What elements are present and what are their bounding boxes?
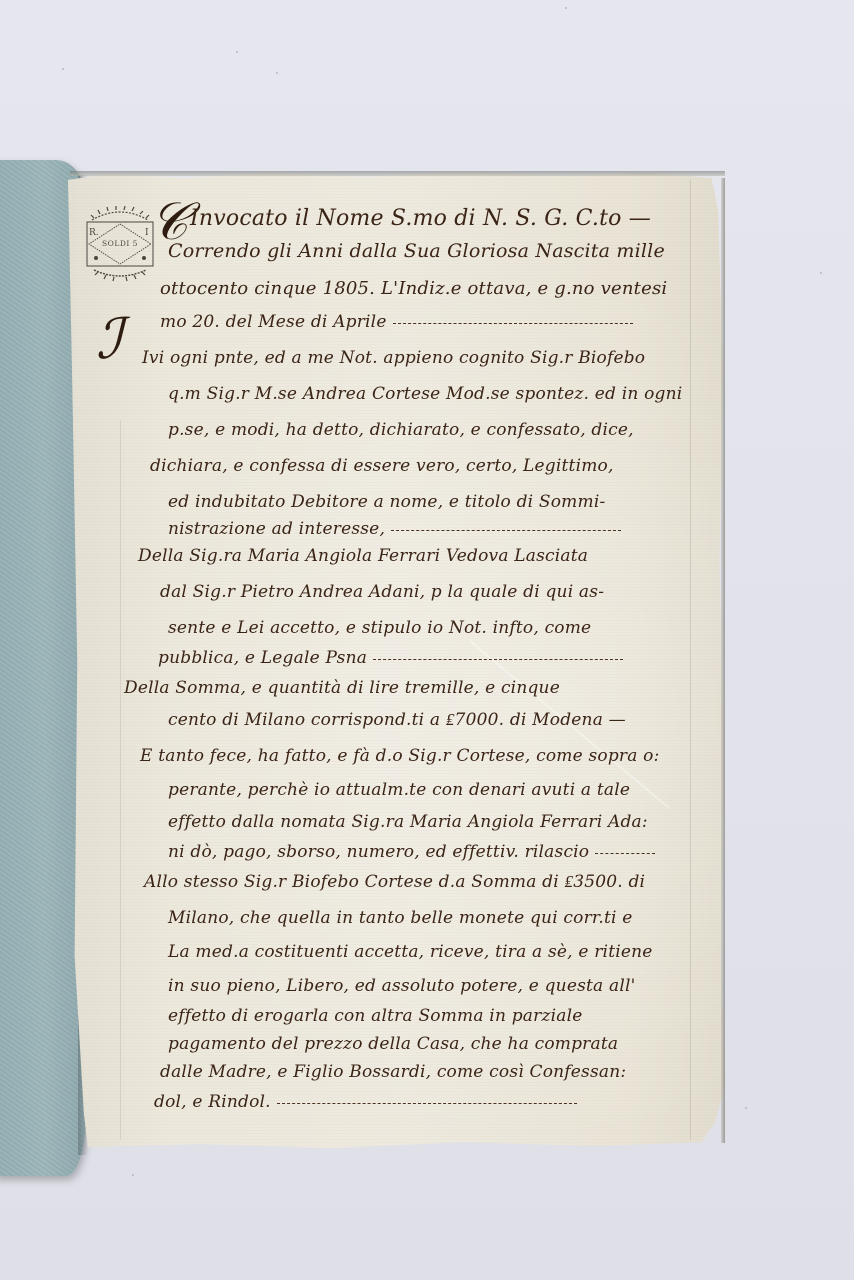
line-text: Della Somma, e quantità di lire tremille…	[124, 678, 560, 698]
sheet-top-edge	[70, 171, 725, 176]
text-line-6: q.m Sig.r M.se Andrea Cortese Mod.se spo…	[168, 386, 682, 403]
text-line-26: pagamento del prezzo della Casa, che ha …	[168, 1036, 618, 1053]
stamp-value: SOLDI 5	[84, 239, 156, 248]
line-text: ni dò, pago, sborso, numero, ed effettiv…	[168, 842, 589, 862]
line-text: dichiara, e confessa di essere vero, cer…	[150, 456, 614, 476]
line-text: dal Sig.r Pietro Andrea Adani, p la qual…	[160, 582, 604, 602]
text-line-20: ni dò, pago, sborso, numero, ed effettiv…	[168, 844, 655, 861]
line-text: ottocento cinque 1805. L'Indiz.e ottava,…	[160, 278, 667, 299]
line-filler-dash	[393, 322, 633, 324]
text-line-16: cento di Milano corrispond.ti a ₤7000. d…	[168, 712, 626, 729]
line-text: ed indubitato Debitore a nome, e titolo …	[168, 492, 605, 512]
line-text: E tanto fece, ha fatto, e fà d.o Sig.r C…	[140, 746, 660, 766]
line-text: pagamento del prezzo della Casa, che ha …	[168, 1034, 618, 1054]
text-line-11: Della Sig.ra Maria Angiola Ferrari Vedov…	[138, 548, 588, 565]
text-line-4: mo 20. del Mese di Aprile	[160, 314, 633, 331]
line-text: Allo stesso Sig.r Biofebo Cortese d.a So…	[144, 872, 645, 892]
line-text: Invocato il Nome S.mo di N. S. G. C.to —	[190, 206, 651, 231]
dust-speck	[276, 72, 278, 74]
dust-speck	[236, 51, 238, 53]
stamp-right-mark: I	[145, 228, 149, 238]
line-text: La med.a costituenti accetta, riceve, ti…	[168, 942, 653, 962]
line-text: nistrazione ad interesse,	[168, 519, 385, 539]
line-text: perante, perchè io attualm.te con denari…	[168, 780, 630, 800]
line-text: cento di Milano corrispond.ti a ₤7000. d…	[168, 710, 626, 730]
text-line-1: Invocato il Nome S.mo di N. S. G. C.to —	[190, 208, 651, 230]
line-text: dol, e Rindol.	[154, 1092, 271, 1112]
text-line-21: Allo stesso Sig.r Biofebo Cortese d.a So…	[144, 874, 645, 891]
text-line-10: nistrazione ad interesse,	[168, 521, 621, 538]
line-text: Della Sig.ra Maria Angiola Ferrari Vedov…	[138, 546, 588, 566]
line-text: q.m Sig.r M.se Andrea Cortese Mod.se spo…	[168, 384, 682, 404]
dust-speck	[132, 1174, 134, 1176]
text-line-7: p.se, e modi, ha detto, dichiarato, e co…	[168, 422, 634, 439]
text-line-8: dichiara, e confessa di essere vero, cer…	[150, 458, 614, 475]
text-line-2: Correndo gli Anni dalla Sua Gloriosa Nas…	[168, 242, 665, 261]
text-line-28: dol, e Rindol.	[154, 1094, 577, 1111]
line-text: in suo pieno, Libero, ed assoluto potere…	[168, 976, 635, 996]
text-line-23: La med.a costituenti accetta, riceve, ti…	[168, 944, 653, 961]
dust-speck	[565, 7, 567, 9]
line-filler-dash	[277, 1102, 577, 1104]
text-line-17: E tanto fece, ha fatto, e fà d.o Sig.r C…	[140, 748, 660, 765]
dust-speck	[745, 1107, 747, 1109]
dust-speck	[820, 272, 822, 274]
text-line-15: Della Somma, e quantità di lire tremille…	[124, 680, 560, 697]
line-text: sente e Lei accetto, e stipulo io Not. i…	[168, 618, 591, 638]
line-text: Correndo gli Anni dalla Sua Gloriosa Nas…	[168, 240, 665, 262]
text-line-12: dal Sig.r Pietro Andrea Adani, p la qual…	[160, 584, 604, 601]
line-text: mo 20. del Mese di Aprile	[160, 312, 387, 332]
sheet-right-edge	[721, 178, 725, 1143]
text-line-9: ed indubitato Debitore a nome, e titolo …	[168, 494, 605, 511]
text-line-14: pubblica, e Legale Psna	[158, 650, 623, 667]
decorative-initial-i: ℐ	[96, 312, 122, 368]
text-line-3: ottocento cinque 1805. L'Indiz.e ottava,…	[160, 280, 667, 298]
dust-speck	[62, 68, 64, 70]
margin-line	[120, 420, 121, 1140]
line-text: Ivi ogni pnte, ed a me Not. appieno cogn…	[142, 348, 645, 368]
line-text: effetto di erogarla con altra Somma in p…	[168, 1006, 582, 1026]
text-line-13: sente e Lei accetto, e stipulo io Not. i…	[168, 620, 591, 637]
text-line-25: effetto di erogarla con altra Somma in p…	[168, 1008, 582, 1025]
stamp-left-mark: R.	[89, 228, 99, 238]
text-line-24: in suo pieno, Libero, ed assoluto potere…	[168, 978, 635, 995]
text-line-19: effetto dalla nomata Sig.ra Maria Angiol…	[168, 814, 648, 831]
text-line-27: dalle Madre, e Figlio Bossardi, come cos…	[160, 1064, 626, 1081]
line-filler-dash	[595, 852, 655, 854]
line-text: pubblica, e Legale Psna	[158, 648, 367, 668]
line-text: p.se, e modi, ha detto, dichiarato, e co…	[168, 420, 634, 440]
text-line-22: Milano, che quella in tanto belle monete…	[168, 910, 633, 927]
text-line-18: perante, perchè io attualm.te con denari…	[168, 782, 630, 799]
line-text: Milano, che quella in tanto belle monete…	[168, 908, 633, 928]
line-text: effetto dalla nomata Sig.ra Maria Angiol…	[168, 812, 648, 832]
text-line-5: Ivi ogni pnte, ed a me Not. appieno cogn…	[142, 350, 645, 367]
line-filler-dash	[373, 658, 623, 660]
tax-stamp: R. I SOLDI 5	[84, 206, 156, 282]
fold-line	[690, 180, 691, 1140]
line-filler-dash	[391, 529, 621, 531]
line-text: dalle Madre, e Figlio Bossardi, come cos…	[160, 1062, 626, 1082]
